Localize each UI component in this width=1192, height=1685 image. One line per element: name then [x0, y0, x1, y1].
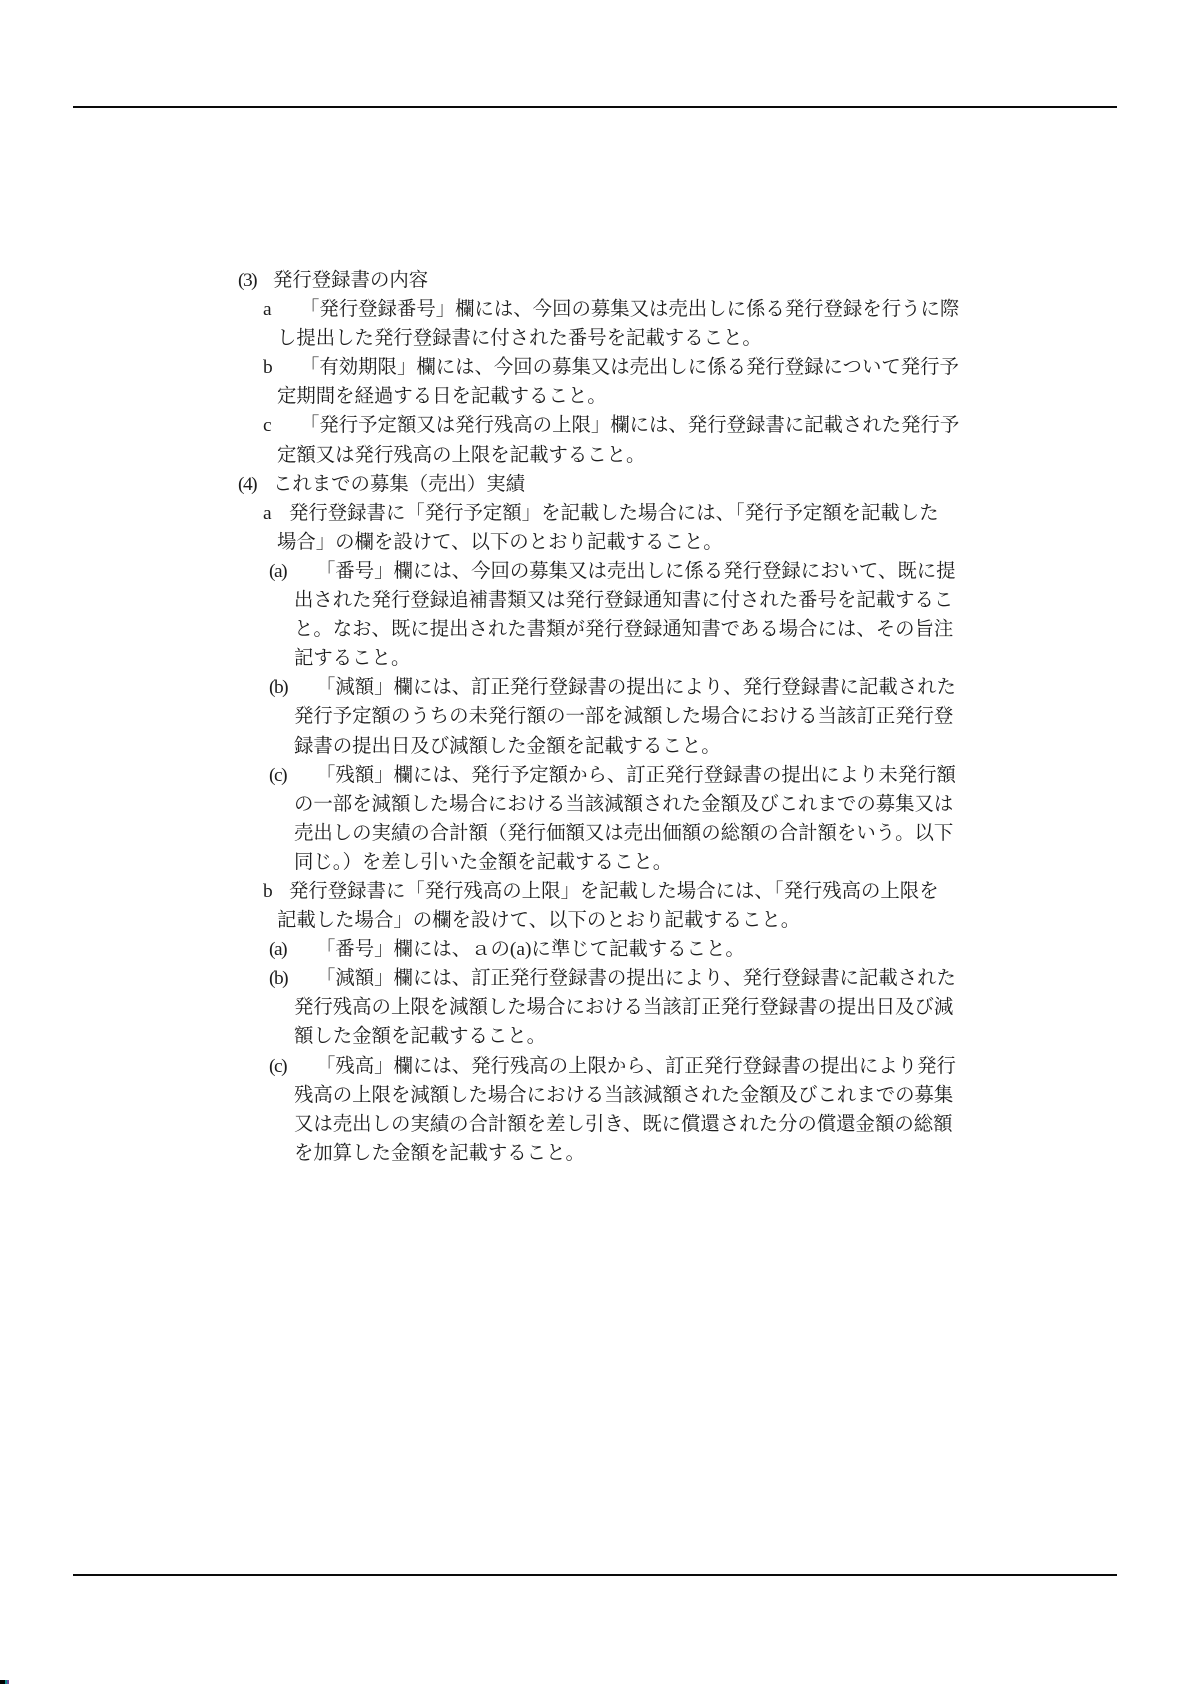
doc-line: 録書の提出日及び減額した金額を記載すること。 — [0, 732, 1192, 761]
doc-line-text: 「番号」欄には、今回の募集又は売出しに係る発行登録において、既に提 — [316, 557, 956, 586]
doc-line-text: 「番号」欄には、ａの(a)に準じて記載すること。 — [316, 935, 745, 964]
doc-line-text: 「発行登録番号」欄には、今回の募集又は売出しに係る発行登録を行うに際 — [300, 295, 959, 324]
doc-line: 場合」の欄を設けて、以下のとおり記載すること。 — [0, 528, 1192, 557]
doc-line: (a)「番号」欄には、今回の募集又は売出しに係る発行登録において、既に提 — [0, 557, 1192, 586]
doc-line-text: を加算した金額を記載すること。 — [294, 1139, 585, 1168]
doc-line-text: 録書の提出日及び減額した金額を記載すること。 — [294, 732, 721, 761]
doc-line-text: 発行登録書に「発行予定額」を記載した場合には、「発行予定額を記載した — [289, 499, 939, 528]
doc-line-text: 「残額」欄には、発行予定額から、訂正発行登録書の提出により未発行額 — [316, 761, 956, 790]
doc-line: a発行登録書に「発行予定額」を記載した場合には、「発行予定額を記載した — [0, 499, 1192, 528]
doc-line-text: 「減額」欄には、訂正発行登録書の提出により、発行登録書に記載された — [316, 964, 956, 993]
doc-line: c「発行予定額又は発行残高の上限」欄には、発行登録書に記載された発行予 — [0, 411, 1192, 440]
item-marker: (3) — [238, 266, 256, 295]
scan-artifact-mark — [0, 1680, 9, 1684]
doc-line: (c)「残額」欄には、発行予定額から、訂正発行登録書の提出により未発行額 — [0, 761, 1192, 790]
item-marker: c — [263, 411, 272, 440]
doc-line: 額した金額を記載すること。 — [0, 1022, 1192, 1051]
doc-line: の一部を減額した場合における当該減額された金額及びこれまでの募集又は — [0, 790, 1192, 819]
doc-line: (b)「減額」欄には、訂正発行登録書の提出により、発行登録書に記載された — [0, 964, 1192, 993]
doc-line: 発行予定額のうちの未発行額の一部を減額した場合における当該訂正発行登 — [0, 702, 1192, 731]
doc-line: を加算した金額を記載すること。 — [0, 1139, 1192, 1168]
doc-line-text: 売出しの実績の合計額（発行価額又は売出価額の総額の合計額をいう。以下 — [294, 819, 953, 848]
doc-line-text: の一部を減額した場合における当該減額された金額及びこれまでの募集又は — [294, 790, 953, 819]
item-marker: (a) — [269, 557, 286, 586]
doc-line-text: 同じ。）を差し引いた金額を記載すること。 — [294, 848, 672, 877]
doc-line-text: 発行登録書の内容 — [273, 266, 428, 295]
doc-line-text: し提出した発行登録書に付された番号を記載すること。 — [277, 324, 762, 353]
doc-line: 記載した場合」の欄を設けて、以下のとおり記載すること。 — [0, 906, 1192, 935]
doc-line: 出された発行登録追補書類又は発行登録通知書に付された番号を記載するこ — [0, 586, 1192, 615]
doc-line: (4)これまでの募集（売出）実績 — [0, 470, 1192, 499]
doc-line: 記すること。 — [0, 644, 1192, 673]
doc-line-text: 記すること。 — [294, 644, 410, 673]
top-horizontal-rule — [73, 106, 1117, 108]
item-marker: (b) — [269, 673, 287, 702]
doc-line: (b)「減額」欄には、訂正発行登録書の提出により、発行登録書に記載された — [0, 673, 1192, 702]
item-marker: (c) — [269, 761, 286, 790]
doc-line-text: 「減額」欄には、訂正発行登録書の提出により、発行登録書に記載された — [316, 673, 956, 702]
item-marker: a — [263, 295, 272, 324]
doc-line-text: 発行予定額のうちの未発行額の一部を減額した場合における当該訂正発行登 — [294, 702, 953, 731]
doc-line: (3)発行登録書の内容 — [0, 266, 1192, 295]
doc-line: 定額又は発行残高の上限を記載すること。 — [0, 441, 1192, 470]
doc-line: 同じ。）を差し引いた金額を記載すること。 — [0, 848, 1192, 877]
item-marker: (b) — [269, 964, 287, 993]
doc-line: し提出した発行登録書に付された番号を記載すること。 — [0, 324, 1192, 353]
doc-line: 残高の上限を減額した場合における当該減額された金額及びこれまでの募集 — [0, 1081, 1192, 1110]
doc-line-text: 定期間を経過する日を記載すること。 — [277, 382, 607, 411]
item-marker: (a) — [269, 935, 286, 964]
doc-line: (c)「残高」欄には、発行残高の上限から、訂正発行登録書の提出により発行 — [0, 1052, 1192, 1081]
scan-artifact-segment — [7, 1680, 9, 1684]
doc-line: 発行残高の上限を減額した場合における当該訂正発行登録書の提出日及び減 — [0, 993, 1192, 1022]
item-marker: (c) — [269, 1052, 286, 1081]
doc-line: 定期間を経過する日を記載すること。 — [0, 382, 1192, 411]
bottom-horizontal-rule — [73, 1574, 1117, 1576]
item-marker: b — [263, 877, 273, 906]
doc-line: 又は売出しの実績の合計額を差し引き、既に償還された分の償還金額の総額 — [0, 1110, 1192, 1139]
doc-line-text: 「有効期限」欄には、今回の募集又は売出しに係る発行登録について発行予 — [300, 353, 959, 382]
doc-line-text: 記載した場合」の欄を設けて、以下のとおり記載すること。 — [277, 906, 800, 935]
doc-line-text: 残高の上限を減額した場合における当該減額された金額及びこれまでの募集 — [294, 1081, 953, 1110]
doc-line: (a)「番号」欄には、ａの(a)に準じて記載すること。 — [0, 935, 1192, 964]
doc-line: 売出しの実績の合計額（発行価額又は売出価額の総額の合計額をいう。以下 — [0, 819, 1192, 848]
item-marker: b — [263, 353, 273, 382]
doc-line: と。なお、既に提出された書類が発行登録通知書である場合には、その旨注 — [0, 615, 1192, 644]
doc-line-text: 「残高」欄には、発行残高の上限から、訂正発行登録書の提出により発行 — [316, 1052, 956, 1081]
item-marker: a — [263, 499, 272, 528]
doc-line-text: 額した金額を記載すること。 — [294, 1022, 546, 1051]
doc-line-text: これまでの募集（売出）実績 — [273, 470, 525, 499]
document-text-block: (3)発行登録書の内容a「発行登録番号」欄には、今回の募集又は売出しに係る発行登… — [0, 266, 1192, 1168]
doc-line-text: 場合」の欄を設けて、以下のとおり記載すること。 — [277, 528, 723, 557]
doc-line-text: 又は売出しの実績の合計額を差し引き、既に償還された分の償還金額の総額 — [294, 1110, 953, 1139]
doc-line: a「発行登録番号」欄には、今回の募集又は売出しに係る発行登録を行うに際 — [0, 295, 1192, 324]
item-marker: (4) — [238, 470, 256, 499]
doc-line-text: 発行残高の上限を減額した場合における当該訂正発行登録書の提出日及び減 — [294, 993, 953, 1022]
doc-line-text: 「発行予定額又は発行残高の上限」欄には、発行登録書に記載された発行予 — [300, 411, 959, 440]
doc-line-text: 発行登録書に「発行残高の上限」を記載した場合には、「発行残高の上限を — [289, 877, 939, 906]
doc-line: b「有効期限」欄には、今回の募集又は売出しに係る発行登録について発行予 — [0, 353, 1192, 382]
doc-line-text: 定額又は発行残高の上限を記載すること。 — [277, 441, 645, 470]
doc-line-text: 出された発行登録追補書類又は発行登録通知書に付された番号を記載するこ — [294, 586, 953, 615]
doc-line: b発行登録書に「発行残高の上限」を記載した場合には、「発行残高の上限を — [0, 877, 1192, 906]
doc-line-text: と。なお、既に提出された書類が発行登録通知書である場合には、その旨注 — [294, 615, 953, 644]
